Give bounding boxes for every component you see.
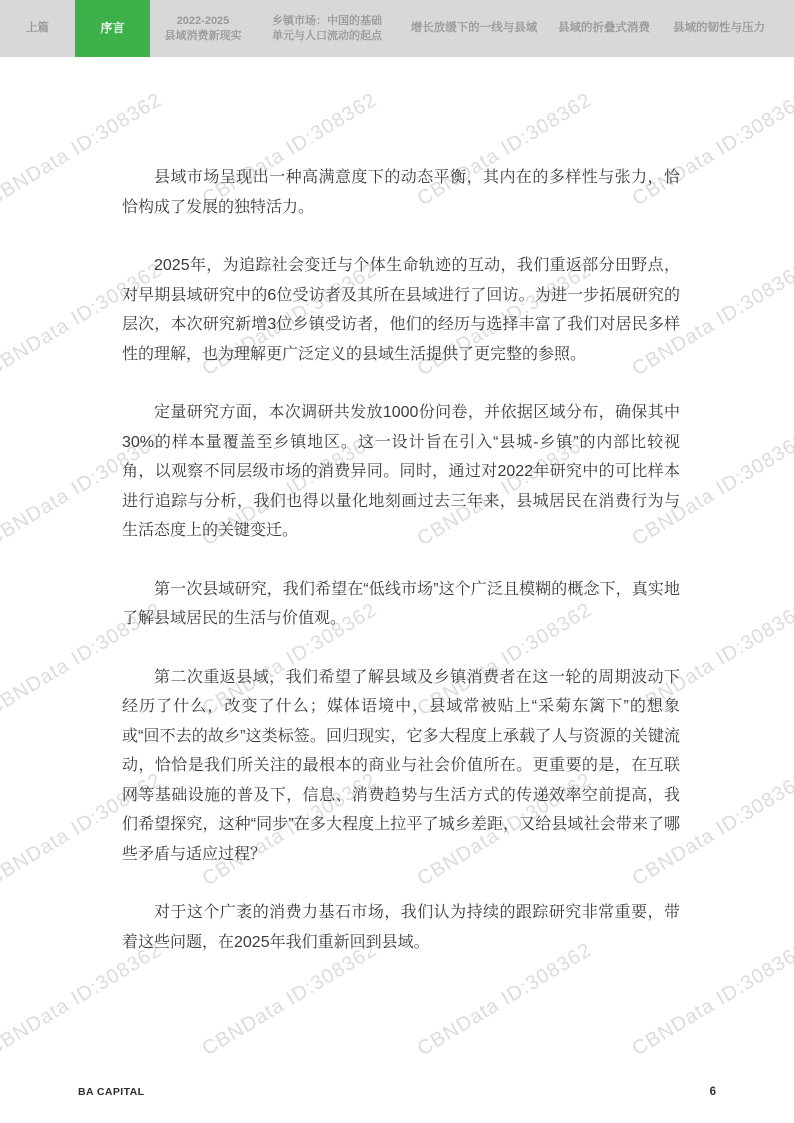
tab-preface[interactable]: 序言 xyxy=(75,0,150,57)
tab-label: 增长放缓下的一线与县域 xyxy=(411,21,538,36)
tab-part-one[interactable]: 上篇 xyxy=(0,0,75,57)
tab-label-line2: 县域消费新现实 xyxy=(165,29,242,44)
tab-label: 上篇 xyxy=(26,21,49,36)
tab-resilience-pressure[interactable]: 县域的韧性与压力 xyxy=(676,0,762,57)
paragraph: 第二次重返县域，我们希望了解县域及乡镇消费者在这一轮的周期波动下经历了什么，改变… xyxy=(122,663,680,870)
paragraph: 对于这个广袤的消费力基石市场，我们认为持续的跟踪研究非常重要，带着这些问题，在2… xyxy=(122,898,680,957)
paragraph: 第一次县域研究，我们希望在“低线市场”这个广泛且模糊的概念下，真实地了解县域居民… xyxy=(122,575,680,634)
watermark-text: CBNData ID:308362 xyxy=(414,939,597,1061)
tab-label: 序言 xyxy=(100,21,124,36)
report-page: 上篇 序言 2022-2025 县域消费新现实 乡镇市场：中国的基础 单元与人口… xyxy=(0,0,794,1123)
brand-label: BA CAPITAL xyxy=(78,1086,144,1098)
page-number: 6 xyxy=(710,1086,716,1098)
tab-label-line1: 2022-2025 xyxy=(177,14,230,29)
section-tab-bar: 上篇 序言 2022-2025 县域消费新现实 乡镇市场：中国的基础 单元与人口… xyxy=(0,0,794,57)
tab-label: 县域的韧性与压力 xyxy=(673,21,765,36)
paragraph: 县域市场呈现出一种高满意度下的动态平衡，其内在的多样性与张力，恰恰构成了发展的独… xyxy=(122,163,680,222)
watermark-text: CBNData ID:308362 xyxy=(199,939,382,1061)
watermark-text: CBNData ID:308362 xyxy=(0,939,166,1061)
tab-label-line1: 乡镇市场：中国的基础 xyxy=(272,14,382,29)
tab-growth-slowdown[interactable]: 增长放缓下的一线与县域 xyxy=(413,0,535,57)
paragraph: 定量研究方面，本次调研共发放1000份问卷，并依据区域分布，确保其中30%的样本… xyxy=(122,398,680,546)
tab-label-line2: 单元与人口流动的起点 xyxy=(272,29,382,44)
page-footer: BA CAPITAL 6 xyxy=(0,1086,794,1098)
watermark-text: CBNData ID:308362 xyxy=(629,939,794,1061)
tab-township-market[interactable]: 乡镇市场：中国的基础 单元与人口流动的起点 xyxy=(268,0,386,57)
tab-label: 县域的折叠式消费 xyxy=(558,21,650,36)
paragraph: 2025年，为追踪社会变迁与个体生命轨迹的互动，我们重返部分田野点，对早期县域研… xyxy=(122,251,680,369)
document-body: 县域市场呈现出一种高满意度下的动态平衡，其内在的多样性与张力，恰恰构成了发展的独… xyxy=(122,57,680,957)
tab-county-consumption-new-reality[interactable]: 2022-2025 县域消费新现实 xyxy=(163,0,243,57)
tab-folded-consumption[interactable]: 县域的折叠式消费 xyxy=(560,0,648,57)
